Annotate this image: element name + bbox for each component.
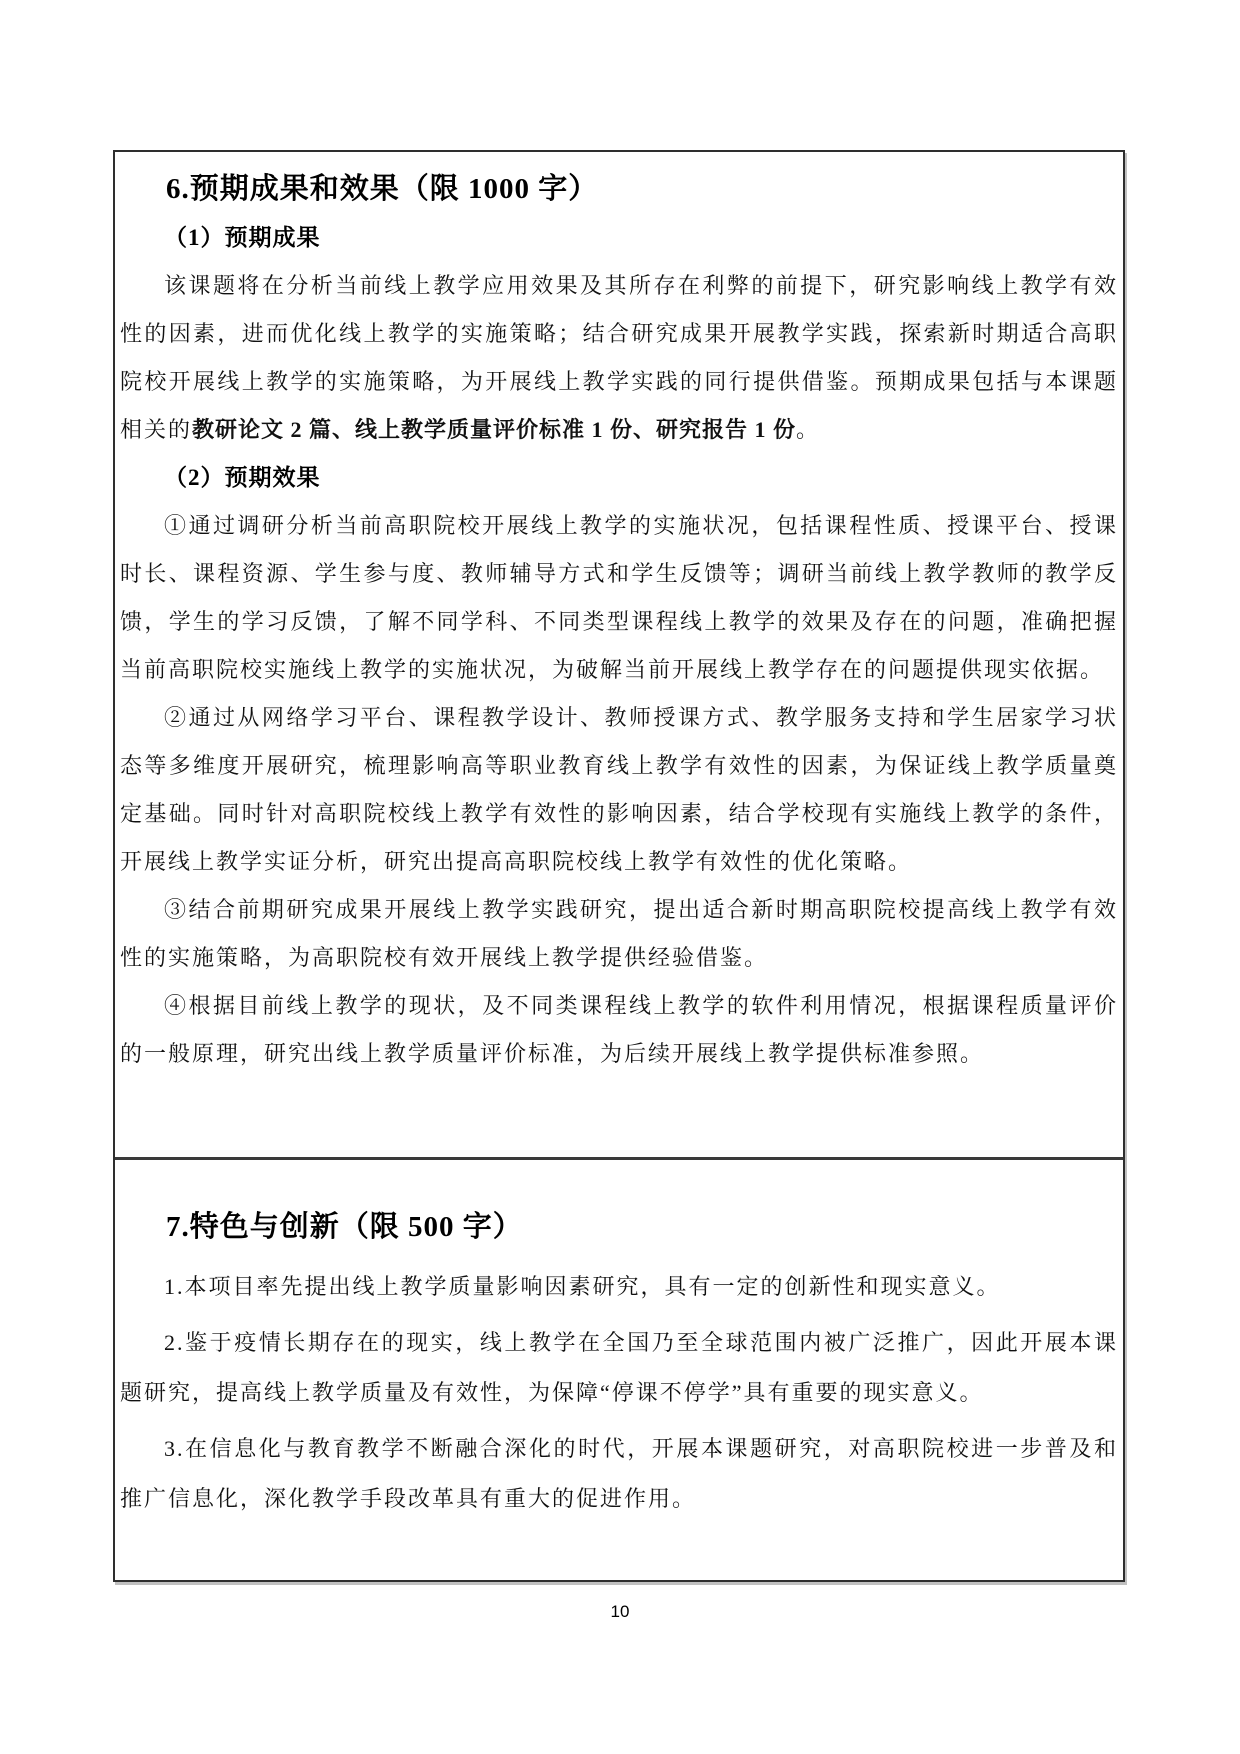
expected-deliverables-bold-text: 教研论文 2 篇、线上教学质量评价标准 1 份、研究报告 1 份 [192,417,796,442]
section6-sub2-heading: （2）预期效果 [164,458,1118,498]
section7-title: 7.特色与创新（限 500 字） [166,1206,1118,1248]
expected-outcomes-text-post: 。 [796,417,820,442]
section-expected-outcomes: 6.预期成果和效果（限 1000 字） （1）预期成果 该课题将在分析当前线上教… [115,152,1123,1160]
section6-sub1-heading: （1）预期成果 [164,218,1118,258]
innovation-item-2: 2.鉴于疫情长期存在的现实，线上教学在全国乃至全球范围内被广泛推广，因此开展本课… [120,1318,1118,1418]
expected-effect-item-3: ③结合前期研究成果开展线上教学实践研究，提出适合新时期高职院校提高线上教学有效性… [120,886,1118,982]
expected-effect-item-1: ①通过调研分析当前高职院校开展线上教学的实施状况，包括课程性质、授课平台、授课时… [120,502,1118,694]
section-features-innovation: 7.特色与创新（限 500 字） 1.本项目率先提出线上教学质量影响因素研究，具… [115,1160,1123,1580]
innovation-item-1: 1.本项目率先提出线上教学质量影响因素研究，具有一定的创新性和现实意义。 [120,1262,1118,1312]
expected-outcomes-paragraph: 该课题将在分析当前线上教学应用效果及其所存在利弊的前提下，研究影响线上教学有效性… [120,262,1118,454]
section6-title: 6.预期成果和效果（限 1000 字） [166,168,1118,210]
page-number: 10 [0,1602,1240,1622]
innovation-item-3: 3.在信息化与教育教学不断融合深化的时代，开展本课题研究，对高职院校进一步普及和… [120,1424,1118,1524]
form-table: 6.预期成果和效果（限 1000 字） （1）预期成果 该课题将在分析当前线上教… [113,150,1125,1582]
expected-effect-item-2: ②通过从网络学习平台、课程教学设计、教师授课方式、教学服务支持和学生居家学习状态… [120,694,1118,886]
document-page: 6.预期成果和效果（限 1000 字） （1）预期成果 该课题将在分析当前线上教… [0,0,1240,1754]
expected-effect-item-4: ④根据目前线上教学的现状，及不同类课程线上教学的软件利用情况，根据课程质量评价的… [120,982,1118,1078]
